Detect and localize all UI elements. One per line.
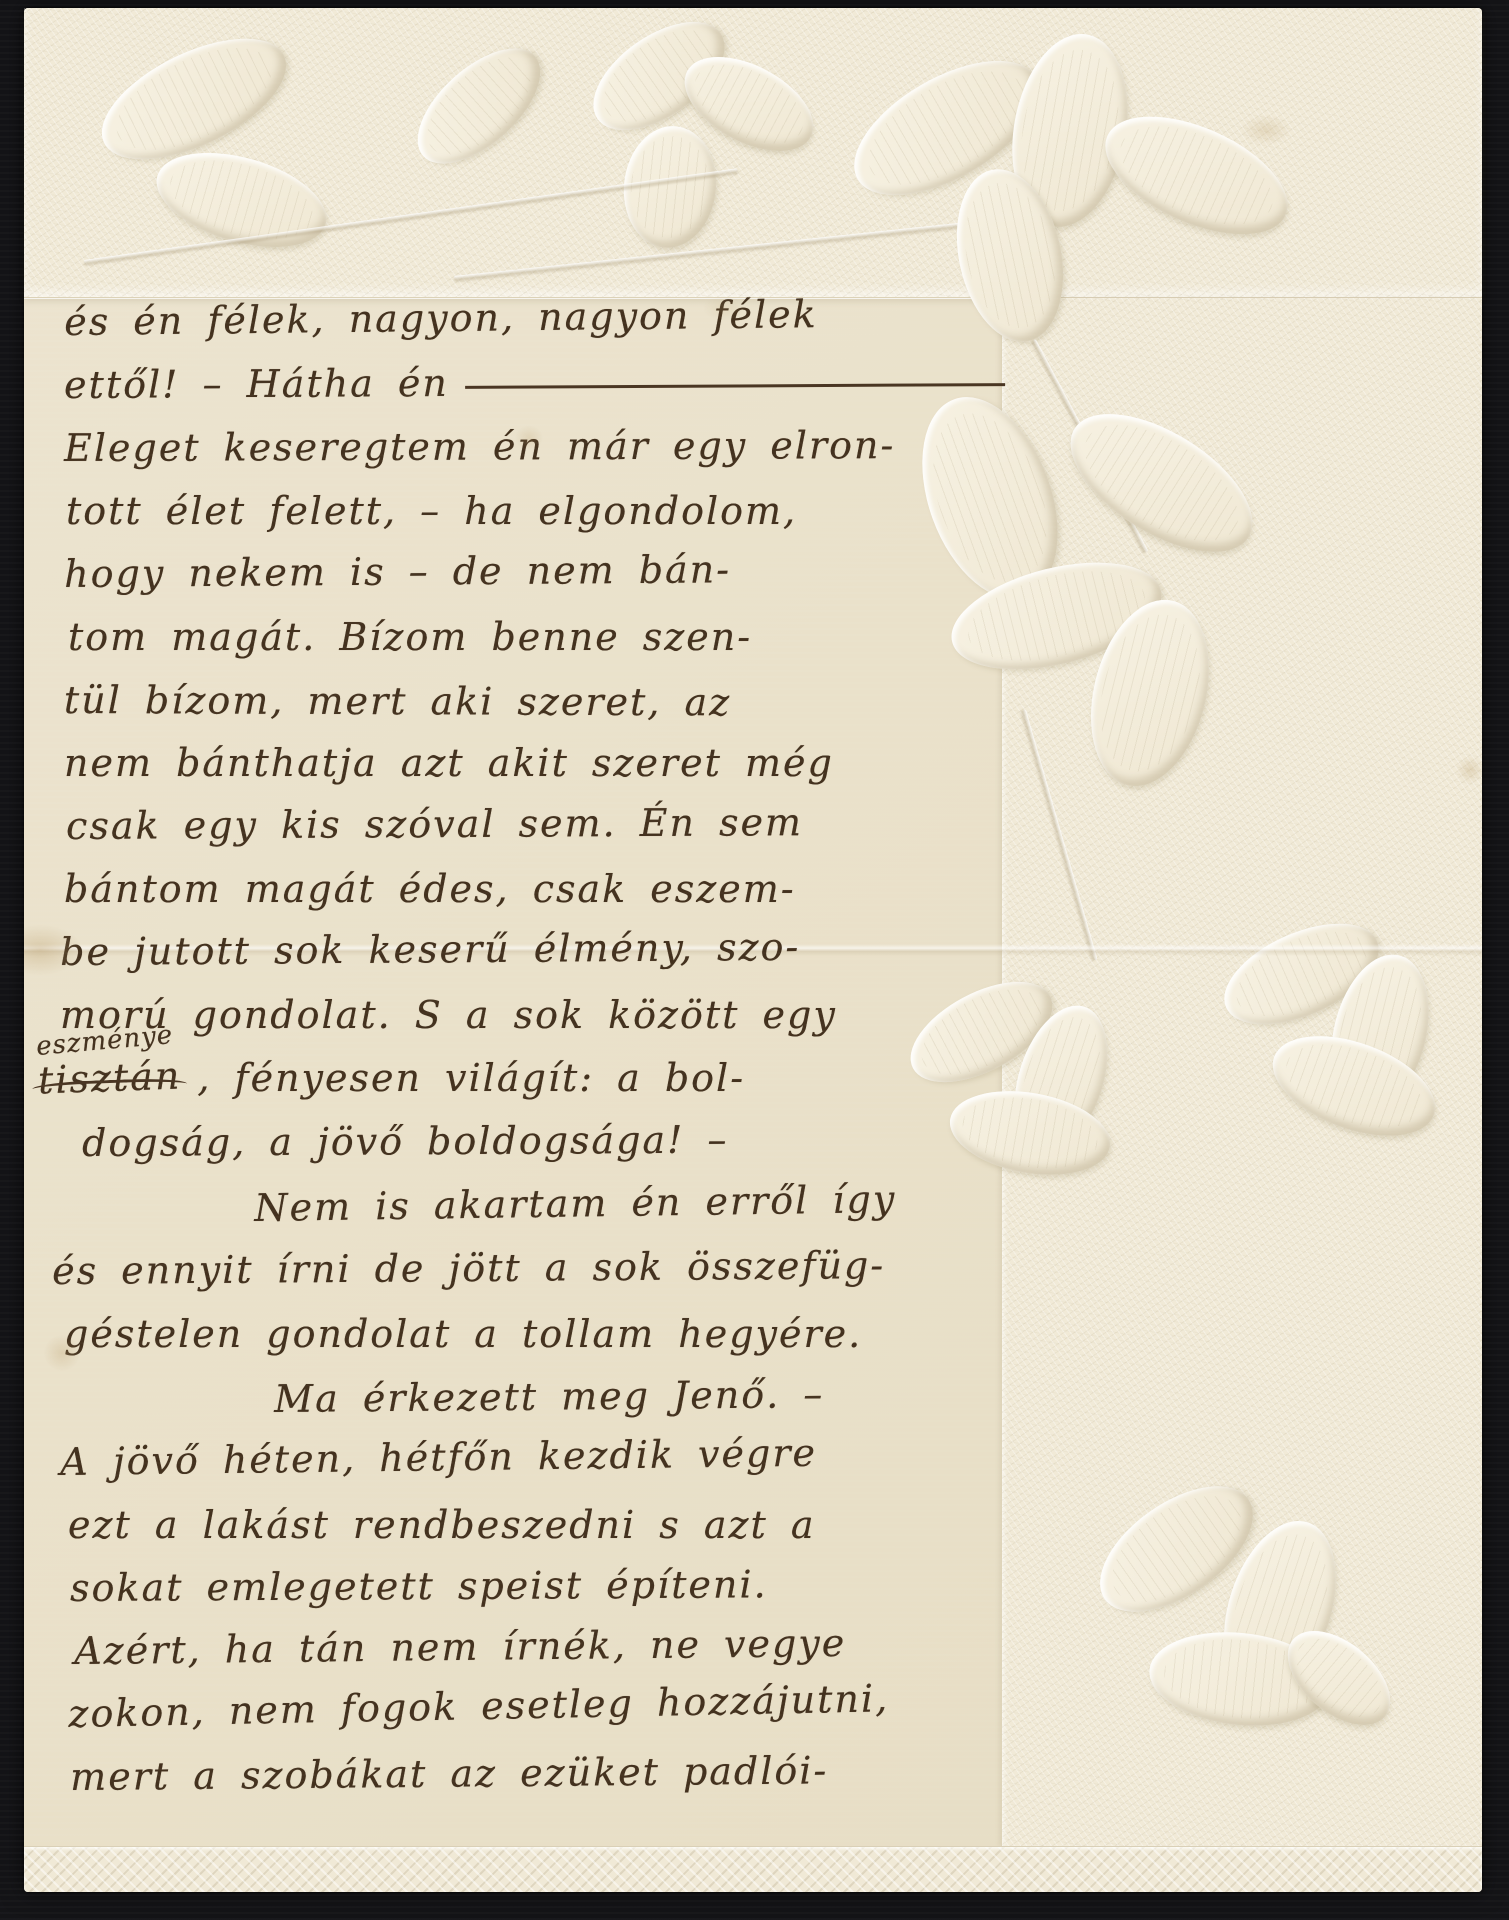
letter-line: dogság, a jövő boldogsága! – bbox=[82, 1118, 729, 1165]
letter-line: Eleget keseregtem én már egy elron- bbox=[64, 423, 895, 470]
letter-paper: és én félek, nagyon, nagyon félek ettől!… bbox=[24, 8, 1482, 1892]
letter-line: tott élet felett, – ha elgondolom, bbox=[66, 489, 797, 533]
line-text: ettől! – Hátha én bbox=[64, 361, 449, 407]
blank-line-rule bbox=[465, 383, 1005, 389]
letter-line: sokat emlegetett speist építeni. bbox=[70, 1562, 768, 1610]
handwritten-text: és én félek, nagyon, nagyon félek ettől!… bbox=[24, 8, 1482, 1892]
letter-line: ettől! – Hátha én bbox=[64, 358, 1005, 407]
line-text: , fényesen világít: a bol- bbox=[197, 1056, 745, 1100]
letter-line: be jutott sok keserű élmény, szo- bbox=[60, 925, 800, 974]
struck-word: tisztán bbox=[37, 1054, 182, 1103]
letter-line: csak egy kis szóval sem. Én sem bbox=[66, 800, 803, 848]
letter-line: nem bánthatja azt akit szeret még bbox=[64, 741, 834, 785]
letter-line: hogy nekem is – de nem bán- bbox=[64, 547, 731, 596]
letter-line: és én félek, nagyon, nagyon félek bbox=[64, 292, 818, 344]
letter-line: Ma érkezett meg Jenő. – bbox=[274, 1372, 824, 1421]
letter-line: mert a szobákat az ezüket padlói- bbox=[70, 1748, 828, 1799]
letter-line: tom magát. Bízom benne szen- bbox=[68, 615, 752, 659]
letter-line: morú gondolat. S a sok között egy bbox=[60, 993, 837, 1037]
photograph-background: { "scene": { "background_color": "#14141… bbox=[0, 0, 1509, 1920]
letter-line: és ennyit írni de jött a sok összefüg- bbox=[52, 1243, 885, 1293]
letter-line: ezt a lakást rendbeszedni s azt a bbox=[68, 1503, 816, 1547]
letter-line: Azért, ha tán nem írnék, ne vegye bbox=[74, 1621, 846, 1673]
letter-line: zokon, nem fogok esetleg hozzájutni, bbox=[68, 1676, 890, 1736]
letter-line: A jövő héten, hétfőn kezdik végre bbox=[60, 1431, 817, 1484]
letter-line: tül bízom, mert aki szeret, az bbox=[64, 678, 731, 724]
letter-line: géstelen gondolat a tollam hegyére. bbox=[64, 1312, 862, 1356]
letter-line: bántom magát édes, csak eszem- bbox=[64, 867, 796, 911]
letter-line-correction: eszményetisztán, fényesen világít: a bol… bbox=[38, 1056, 745, 1100]
letter-line: Nem is akartam én erről így bbox=[254, 1177, 897, 1230]
